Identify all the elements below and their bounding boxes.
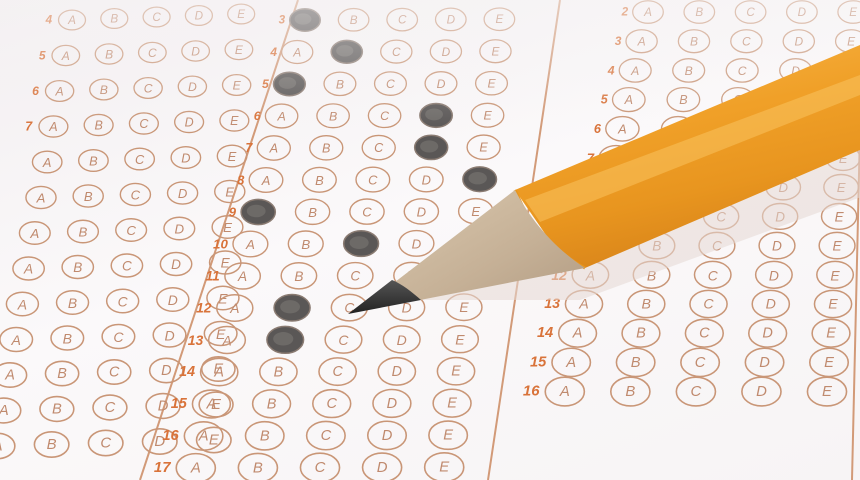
- pencil: [0, 0, 860, 480]
- answer-sheet-photo: 4ABCDE5ABCDE6ABCDE7ABCDEABCDEABCDEABCDEA…: [0, 0, 860, 480]
